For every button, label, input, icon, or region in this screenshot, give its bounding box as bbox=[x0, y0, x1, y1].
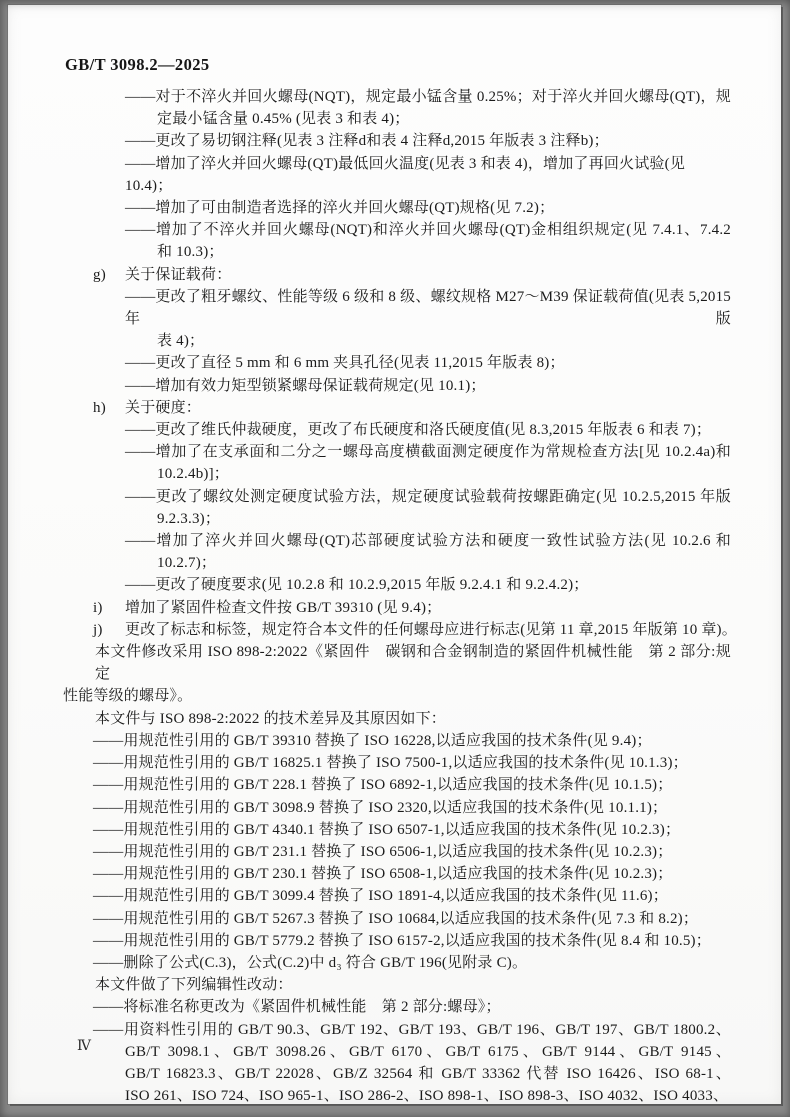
item-text: 增加了紧固件检查文件按 GB/T 39310 (见 9.4)； bbox=[125, 600, 441, 616]
text-line: ——用规范性引用的 GB/T 228.1 替换了 ISO 6892-1,以适应我… bbox=[63, 774, 731, 796]
text-line: 10.2.7)； bbox=[63, 552, 731, 574]
text-line: 表 4)； bbox=[63, 330, 731, 352]
text-line: ——用规范性引用的 GB/T 16825.1 替换了 ISO 7500-1,以适… bbox=[63, 752, 731, 774]
text-line: ——用资料性引用的 GB/T 90.3、GB/T 192、GB/T 193、GB… bbox=[63, 1019, 731, 1041]
item-label: j) bbox=[93, 619, 125, 641]
list-item-j: j)更改了标志和标签，规定符合本文件的任何螺母应进行标志(见第 11 章,201… bbox=[63, 619, 731, 641]
text-line: 本文件修改采用 ISO 898-2:2022《紧固件 碳钢和合金钢制造的紧固件机… bbox=[63, 641, 731, 685]
text-line: ——删除了公式(C.3)，公式(C.2)中 d₃ 符合 GB/T 196(见附录… bbox=[63, 952, 731, 974]
item-label: h) bbox=[93, 397, 125, 419]
text-line: ——将标准名称更改为《紧固件机械性能 第 2 部分:螺母》； bbox=[63, 996, 731, 1018]
text-line: ISO 261、ISO 724、ISO 965-1、ISO 286-2、ISO … bbox=[63, 1085, 731, 1107]
standard-number: GB/T 3098.2—2025 bbox=[65, 56, 210, 74]
item-text: 关于硬度： bbox=[125, 400, 201, 416]
text-line: 10.2.4b)]； bbox=[63, 463, 731, 485]
document-page: GB/T 3098.2—2025 ——对于不淬火并回火螺母(NQT)，规定最小锰… bbox=[8, 5, 781, 1104]
document-body: ——对于不淬火并回火螺母(NQT)，规定最小锰含量 0.25%；对于淬火并回火螺… bbox=[63, 86, 731, 1107]
text-line: ——更改了维氏仲裁硬度，更改了布氏硬度和洛氏硬度值(见 8.3,2015 年版表… bbox=[63, 419, 731, 441]
text-line: ——用规范性引用的 GB/T 5779.2 替换了 ISO 6157-2,以适应… bbox=[63, 930, 731, 952]
scan-background: { "document": { "standard_number": "GB/T… bbox=[0, 0, 790, 1117]
item-text: 关于保证载荷： bbox=[125, 267, 231, 283]
text-line: ——用规范性引用的 GB/T 231.1 替换了 ISO 6506-1,以适应我… bbox=[63, 841, 731, 863]
item-label: g) bbox=[93, 264, 125, 286]
text-line: 和 10.3)； bbox=[63, 241, 731, 263]
text-line: 9.2.3.3)； bbox=[63, 508, 731, 530]
text-line: ——用规范性引用的 GB/T 230.1 替换了 ISO 6508-1,以适应我… bbox=[63, 863, 731, 885]
text-line: ——增加了在支承面和二分之一螺母高度横截面测定硬度作为常规检查方法[见 10.2… bbox=[63, 441, 731, 463]
list-item-i: i)增加了紧固件检查文件按 GB/T 39310 (见 9.4)； bbox=[63, 597, 731, 619]
text-line: ——用规范性引用的 GB/T 3098.9 替换了 ISO 2320,以适应我国… bbox=[63, 797, 731, 819]
text-line: ——增加了可由制造者选择的淬火并回火螺母(QT)规格(见 7.2)； bbox=[63, 197, 731, 219]
item-text: 更改了标志和标签，规定符合本文件的任何螺母应进行标志(见第 11 章,2015 … bbox=[125, 622, 737, 638]
text-line: ——更改了易切钢注释(见表 3 注释d和表 4 注释d,2015 年版表 3 注… bbox=[63, 130, 731, 152]
text-line: ——用规范性引用的 GB/T 5267.3 替换了 ISO 10684,以适应我… bbox=[63, 908, 731, 930]
text-line: ——增加了不淬火并回火螺母(NQT)和淬火并回火螺母(QT)金相组织规定(见 7… bbox=[63, 219, 731, 241]
text-line: ——更改了粗牙螺纹、性能等级 6 级和 8 级、螺纹规格 M27～M39 保证载… bbox=[63, 286, 731, 330]
text-line: ——增加了淬火并回火螺母(QT)芯部硬度试验方法和硬度一致性试验方法(见 10.… bbox=[63, 530, 731, 552]
text-line: ——增加了淬火并回火螺母(QT)最低回火温度(见表 3 和表 4)，增加了再回火… bbox=[63, 153, 731, 197]
text-line: 本文件与 ISO 898-2:2022 的技术差异及其原因如下： bbox=[63, 708, 731, 730]
text-line: GB/T 3098.1、GB/T 3098.26、GB/T 6170、GB/T … bbox=[63, 1041, 731, 1063]
text-line: ——更改了硬度要求(见 10.2.8 和 10.2.9,2015 年版 9.2.… bbox=[63, 574, 731, 596]
text-line: ——用规范性引用的 GB/T 3099.4 替换了 ISO 1891-4,以适应… bbox=[63, 885, 731, 907]
text-line: ——对于不淬火并回火螺母(NQT)，规定最小锰含量 0.25%；对于淬火并回火螺… bbox=[63, 86, 731, 108]
text-line: ——增加有效力矩型锁紧螺母保证载荷规定(见 10.1)； bbox=[63, 375, 731, 397]
list-item-h: h)关于硬度： bbox=[63, 397, 731, 419]
text-line: ——更改了直径 5 mm 和 6 mm 夹具孔径(见表 11,2015 年版表 … bbox=[63, 352, 731, 374]
text-line: ——用规范性引用的 GB/T 4340.1 替换了 ISO 6507-1,以适应… bbox=[63, 819, 731, 841]
item-label: i) bbox=[93, 597, 125, 619]
text-line: 性能等级的螺母》。 bbox=[63, 685, 731, 707]
page-number: Ⅳ bbox=[77, 1039, 91, 1055]
list-item-g: g)关于保证载荷： bbox=[63, 264, 731, 286]
text-line: 本文件做了下列编辑性改动： bbox=[63, 974, 731, 996]
text-line: ——更改了螺纹处测定硬度试验方法，规定硬度试验载荷按螺距确定(见 10.2.5,… bbox=[63, 486, 731, 508]
text-line: 定最小锰含量 0.45% (见表 3 和表 4)； bbox=[63, 108, 731, 130]
text-line: GB/T 16823.3、GB/T 22028、GB/Z 32564 和 GB/… bbox=[63, 1063, 731, 1085]
text-line: ——用规范性引用的 GB/T 39310 替换了 ISO 16228,以适应我国… bbox=[63, 730, 731, 752]
